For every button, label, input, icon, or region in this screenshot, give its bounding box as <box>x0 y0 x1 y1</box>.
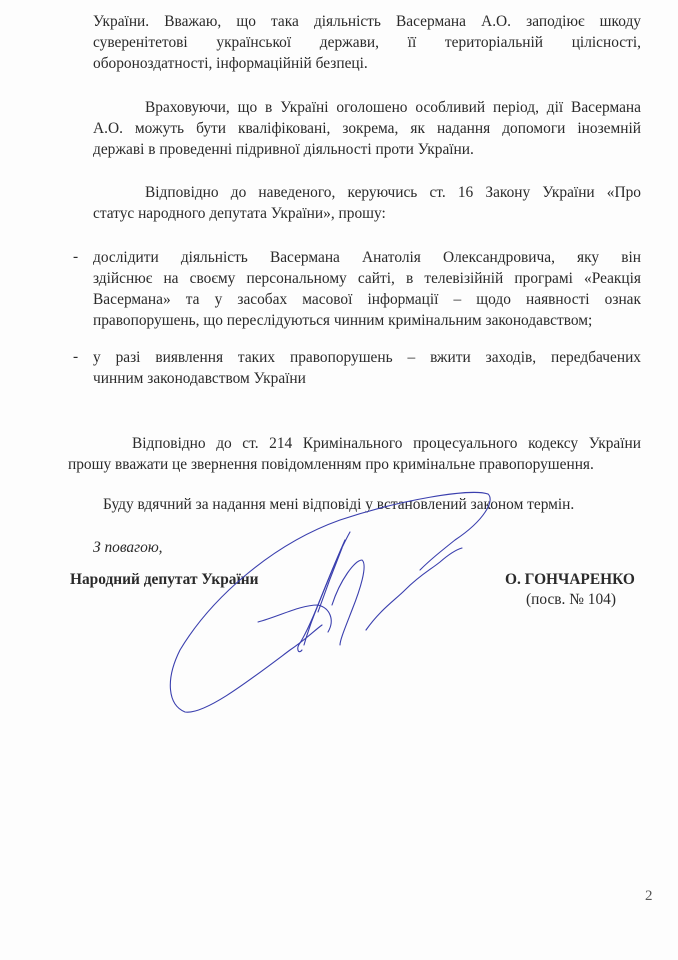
list-item-1-line-4: правопорушень, що переслідуються чинним … <box>93 311 641 331</box>
list-item-1-line-2: здійснює на своєму персональному сайті, … <box>93 269 641 289</box>
p1-line-1: України. Вважаю, що така діяльність Васе… <box>93 12 641 32</box>
list-item-2-line-2: чинним законодавством України <box>93 369 641 389</box>
closing-regards: З повагою, <box>93 538 641 558</box>
p1-line-3: обороноздатності, інформаційній безпеці. <box>93 54 641 74</box>
list-item-1-line-1: дослідити діяльність Васермана Анатолія … <box>93 248 641 268</box>
list-bullet-2: - <box>73 348 78 366</box>
p5-line: Буду вдячний за надання мені відповіді у… <box>103 495 651 515</box>
p2-line-2: А.О. можуть бути кваліфіковані, зокрема,… <box>93 119 641 139</box>
page-number: 2 <box>645 888 653 905</box>
p4-line-1: Відповідно до ст. 214 Кримінального проц… <box>132 434 641 454</box>
p2-line-1: Враховуючи, що в Україні оголошено особл… <box>145 98 641 118</box>
p3-line-2: статус народного депутата України», прош… <box>93 204 641 224</box>
p2-line-3: державі в проведенні підривної діяльност… <box>93 140 641 160</box>
p3-line-1: Відповідно до наведеного, керуючись ст. … <box>145 183 641 203</box>
list-bullet-1: - <box>73 248 78 266</box>
document-page: України. Вважаю, що така діяльність Васе… <box>0 0 678 960</box>
p4-line-2: прошу вважати це звернення повідомленням… <box>68 455 616 475</box>
p1-line-2: суверенітетові української держави, її т… <box>93 33 641 53</box>
list-item-1-line-3: Васермана» та у засобах масової інформац… <box>93 290 641 310</box>
signatory-credential: (посв. № 104) <box>526 590 616 610</box>
list-item-2-line-1: у разі виявлення таких правопорушень – в… <box>93 348 641 368</box>
signatory-name: О. ГОНЧАРЕНКО <box>505 570 635 590</box>
